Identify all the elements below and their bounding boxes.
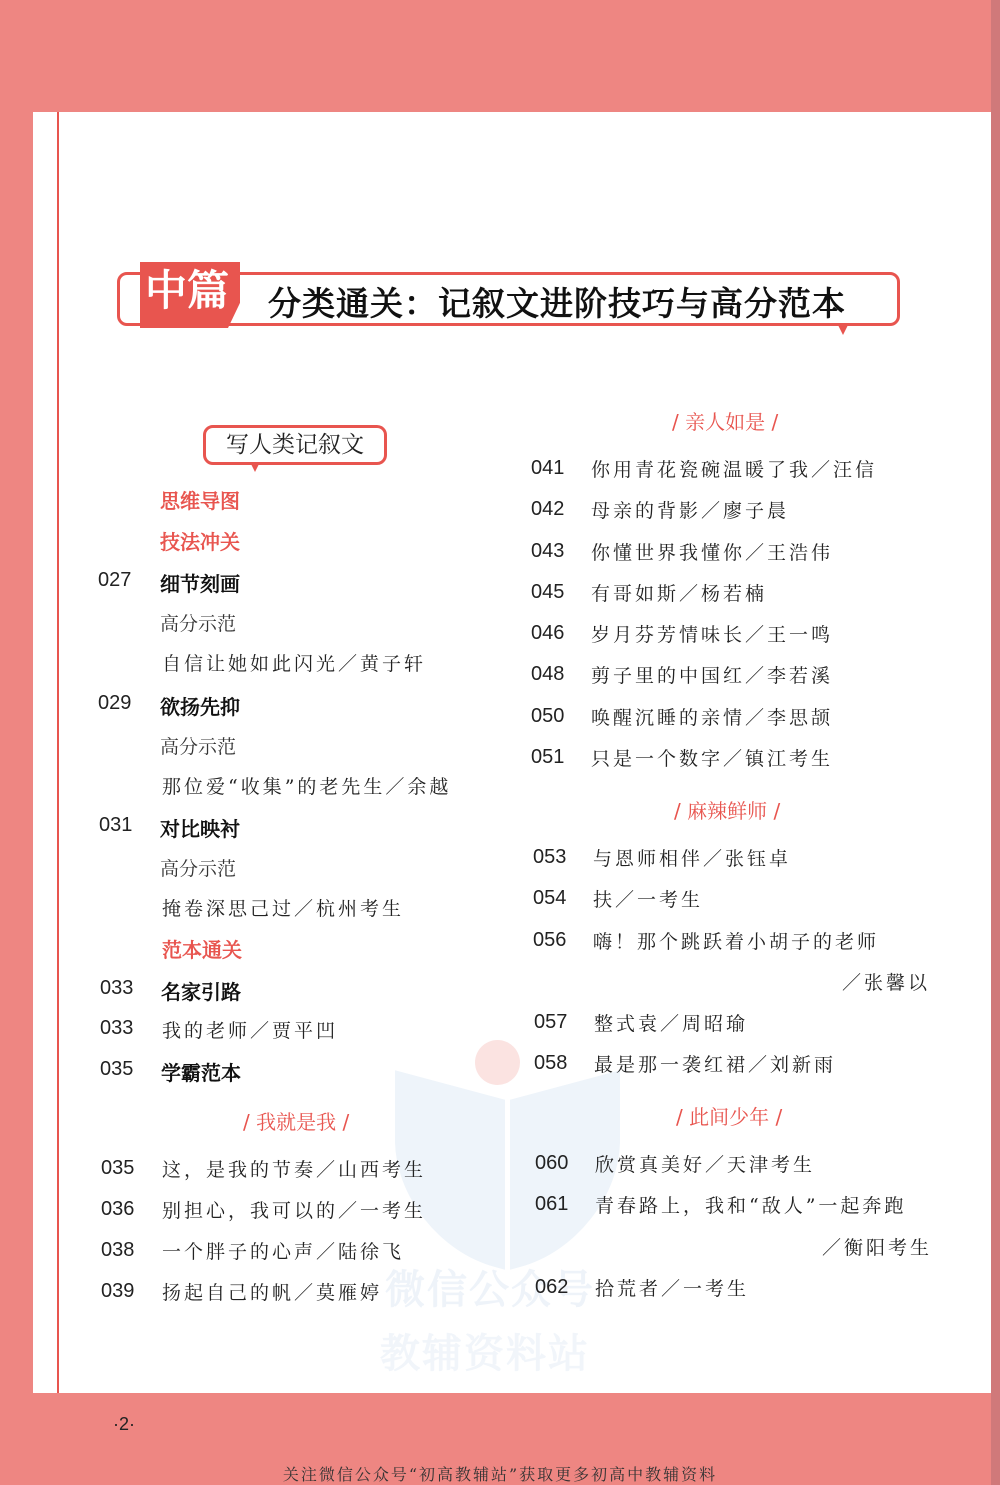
toc-entry[interactable]: 别担心，我可以的／一考生 [162,1196,426,1223]
toc-entry[interactable]: 我的老师／贾平凹 [162,1016,338,1043]
toc-entry[interactable]: 你懂世界我懂你／王浩伟 [591,538,833,565]
toc-entry[interactable]: 高分示范 [160,609,236,636]
toc-page-number: 041 [531,457,564,480]
toc-entry[interactable]: 一个胖子的心声／陆徐飞 [162,1237,404,1264]
toc-page-number: 045 [531,581,564,604]
toc-entry[interactable]: 扬起自己的帆／莫雁婷 [162,1278,382,1305]
toc-category: / 我就是我 / [243,1106,349,1135]
toc-entry[interactable]: 这，是我的节奏／山西考生 [162,1155,426,1182]
toc-entry[interactable]: 你用青花瓷碗温暖了我／汪信 [591,455,877,482]
toc-entry[interactable]: 只是一个数字／镇江考生 [591,744,833,771]
toc-entry[interactable]: 唤醒沉睡的亲情／李思颉 [591,703,833,730]
toc-page-number: 033 [100,977,133,1000]
toc-entry[interactable]: 剪子里的中国红／李若溪 [591,661,833,688]
chapter-title: 分类通关：记叙文进阶技巧与高分范本 [268,278,846,325]
toc-page-number: 038 [101,1239,134,1262]
toc-page-number: 050 [531,705,564,728]
toc-entry[interactable]: 母亲的背影／廖子晨 [591,496,789,523]
toc-page-number: 027 [98,569,131,592]
toc-page-number: 029 [98,692,131,715]
toc-entry[interactable]: 那位爱“收集”的老先生／余越 [162,772,451,799]
toc-label-technique[interactable]: 技法冲关 [160,526,240,555]
toc-entry[interactable]: 欲扬先抑 [160,691,240,720]
toc-entry[interactable]: 细节刻画 [160,568,240,597]
toc-entry[interactable]: 嗨！那个跳跃着小胡子的老师 [593,927,879,954]
toc-page-number: 033 [100,1017,133,1040]
toc-page-number: 042 [531,498,564,521]
toc-page-number: 031 [99,814,132,837]
toc-category: / 此间少年 / [676,1101,782,1130]
toc-entry[interactable]: 名家引路 [161,976,241,1005]
toc-page-number: 058 [534,1052,567,1075]
section-title: 写人类记叙文 [203,425,387,465]
toc-entry[interactable]: 自信让她如此闪光／黄子轩 [162,649,426,676]
toc-page-number: 036 [101,1198,134,1221]
toc-page-number: 053 [533,846,566,869]
toc-page-number: 060 [535,1152,568,1175]
toc-page-number: 035 [101,1157,134,1180]
toc-page-number: 051 [531,746,564,769]
toc-entry[interactable]: 高分示范 [160,732,236,759]
footer-note: 关注微信公众号“初高教辅站”获取更多初高中教辅资料 [0,1462,1000,1485]
toc-page-number: 043 [531,540,564,563]
bubble-pointer [250,462,260,472]
toc-entry[interactable]: 掩卷深思己过／杭州考生 [162,894,404,921]
toc-entry[interactable]: 拾荒者／一考生 [595,1274,749,1301]
toc-entry[interactable]: 最是那一袭红裙／刘新雨 [594,1050,836,1077]
toc-entry[interactable]: 有哥如斯／杨若楠 [591,579,767,606]
toc-label-model[interactable]: 范本通关 [162,934,242,963]
toc-entry-author[interactable]: ／张馨以 [842,968,930,995]
toc-entry[interactable]: 与恩师相伴／张钰卓 [593,844,791,871]
toc-page-number: 039 [101,1280,134,1303]
toc-entry[interactable]: 欣赏真美好／天津考生 [595,1150,815,1177]
toc-entry-author[interactable]: ／衡阳考生 [822,1233,932,1260]
toc-entry[interactable]: 青春路上，我和“敌人”一起奔跑 [595,1191,906,1218]
toc-page-number: 057 [534,1011,567,1034]
toc-page-number: 056 [533,929,566,952]
toc-entry[interactable]: 扶／一考生 [593,885,703,912]
toc-page-number: 035 [100,1058,133,1081]
toc-entry[interactable]: 高分示范 [160,854,236,881]
margin-rule [57,112,59,1393]
toc-page-number: 048 [531,663,564,686]
toc-label-mind-map[interactable]: 思维导图 [160,485,240,514]
toc-page-number: 054 [533,887,566,910]
toc-entry[interactable]: 学霸范本 [161,1057,241,1086]
toc-entry[interactable]: 对比映衬 [160,813,240,842]
toc-page-number: 046 [531,622,564,645]
toc-page-number: 062 [535,1276,568,1299]
page-edge-shadow [991,0,1000,1485]
toc-category: / 麻辣鲜师 / [674,795,780,824]
chapter-badge-label: 中篇 [145,258,229,318]
page-number: ·2· [113,1414,135,1435]
toc-page-number: 061 [535,1193,568,1216]
toc-entry[interactable]: 岁月芬芳情味长／王一鸣 [591,620,833,647]
toc-entry[interactable]: 整式袁／周昭瑜 [594,1009,748,1036]
toc-category: / 亲人如是 / [672,406,778,435]
